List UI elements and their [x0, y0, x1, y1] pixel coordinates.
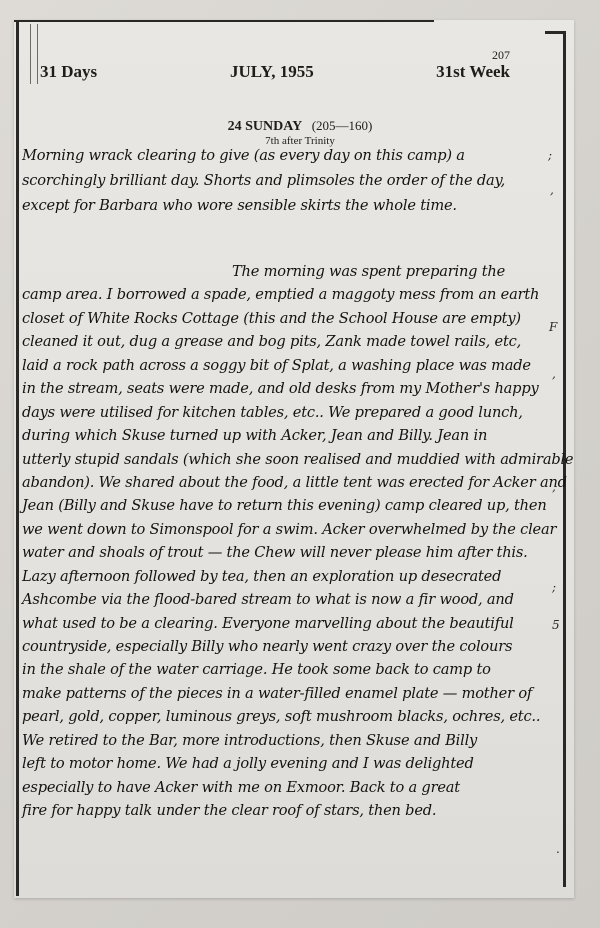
page-top-rule	[14, 20, 434, 22]
month-title: JULY, 1955	[230, 62, 314, 82]
entry-line: Jean (Billy and Skuse have to return thi…	[22, 494, 552, 517]
page-right-rule-cap	[545, 31, 565, 34]
entry-line: cleaned it out, dug a grease and bog pit…	[22, 330, 552, 353]
page-left-rule	[16, 20, 19, 896]
entry-line: in the shale of the water carriage. He t…	[22, 658, 552, 681]
entry-intro: Morning wrack clearing to give (as every…	[22, 143, 552, 218]
margin-mark: ,	[550, 183, 554, 197]
entry-line: scorchingly brilliant day. Shorts and pl…	[22, 168, 552, 193]
margin-mark: ;	[552, 580, 556, 594]
binding-tab	[30, 24, 38, 84]
entry-line: days were utilised for kitchen tables, e…	[22, 401, 552, 424]
entry-line: fire for happy talk under the clear roof…	[22, 799, 552, 822]
day-counts: (205—160)	[312, 118, 373, 133]
week-label: 31st Week	[436, 62, 510, 82]
entry-line: laid a rock path across a soggy bit of S…	[22, 354, 552, 377]
entry-line: countryside, especially Billy who nearly…	[22, 635, 552, 658]
day-title: 24 SUNDAY (205—160)	[0, 118, 600, 135]
page-header: 207 31 Days JULY, 1955 31st Week	[40, 48, 510, 88]
margin-mark: .	[556, 842, 560, 856]
entry-line: we went down to Simonspool for a swim. A…	[22, 518, 552, 541]
month-days-label: 31 Days	[40, 62, 97, 82]
entry-line: in the stream, seats were made, and old …	[22, 377, 552, 400]
entry-line: utterly stupid sandals (which she soon r…	[22, 448, 552, 471]
entry-line: water and shoals of trout — the Chew wil…	[22, 541, 552, 564]
margin-mark: ,	[552, 367, 556, 381]
entry-line: Lazy afternoon followed by tea, then an …	[22, 565, 552, 588]
day-number: 24	[228, 119, 242, 134]
entry-line: camp area. I borrowed a spade, emptied a…	[22, 283, 552, 306]
margin-mark: ,	[552, 480, 556, 494]
entry-line: Morning wrack clearing to give (as every…	[22, 143, 552, 168]
entry-line: abandon). We shared about the food, a li…	[22, 471, 552, 494]
entry-main: The morning was spent preparing the camp…	[22, 260, 552, 823]
entry-line: closet of White Rocks Cottage (this and …	[22, 307, 552, 330]
day-name: SUNDAY	[245, 119, 302, 134]
page-number: 207	[492, 48, 510, 63]
margin-mark: ;	[548, 148, 552, 162]
entry-line: especially to have Acker with me on Exmo…	[22, 776, 552, 799]
entry-line: We retired to the Bar, more introduction…	[22, 729, 552, 752]
margin-mark: 5	[552, 618, 560, 632]
entry-line: make patterns of the pieces in a water-f…	[22, 682, 552, 705]
entry-line: left to motor home. We had a jolly eveni…	[22, 752, 552, 775]
entry-line: Ashcombe via the flood-bared stream to w…	[22, 588, 552, 611]
entry-line: what used to be a clearing. Everyone mar…	[22, 612, 552, 635]
entry-line: pearl, gold, copper, luminous greys, sof…	[22, 705, 552, 728]
entry-line: during which Skuse turned up with Acker,…	[22, 424, 552, 447]
margin-mark: F	[549, 320, 557, 334]
entry-line: except for Barbara who wore sensible ski…	[22, 193, 552, 218]
entry-line: The morning was spent preparing the	[22, 260, 552, 283]
